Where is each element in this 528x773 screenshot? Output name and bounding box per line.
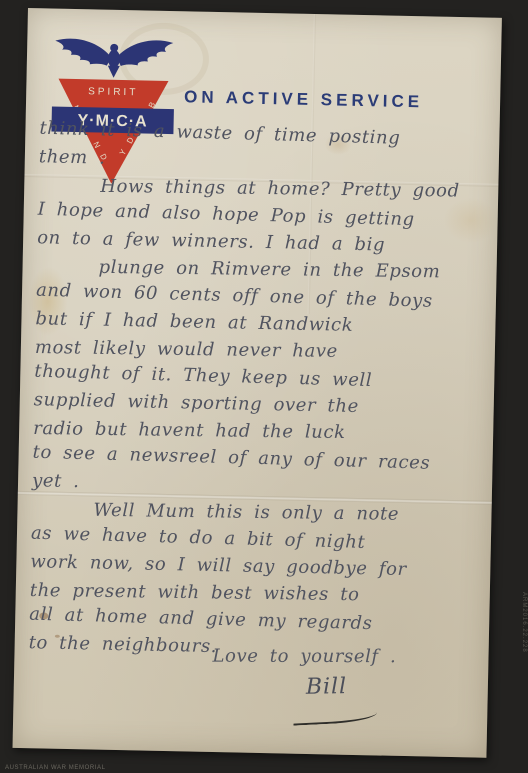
eagle-icon: [55, 38, 174, 79]
letter-signature: Bill: [306, 674, 348, 700]
letter-closing: Love to yourself .: [212, 646, 396, 668]
motto-spirit: SPIRIT: [88, 86, 138, 98]
archive-watermark: AUSTRALIAN WAR MEMORIAL: [5, 765, 106, 771]
letterhead-title: ON ACTIVE SERVICE: [184, 87, 423, 112]
accession-number: ARM2016.22.228: [521, 592, 527, 653]
letter-body: think it is a waste of time posting them…: [28, 116, 491, 665]
letter-page: SPIRIT M I N D B O D Y Y·M·C·A ON ACTIVE…: [13, 8, 502, 758]
signature-underline: [293, 713, 377, 726]
scan-background: SPIRIT M I N D B O D Y Y·M·C·A ON ACTIVE…: [0, 0, 528, 773]
